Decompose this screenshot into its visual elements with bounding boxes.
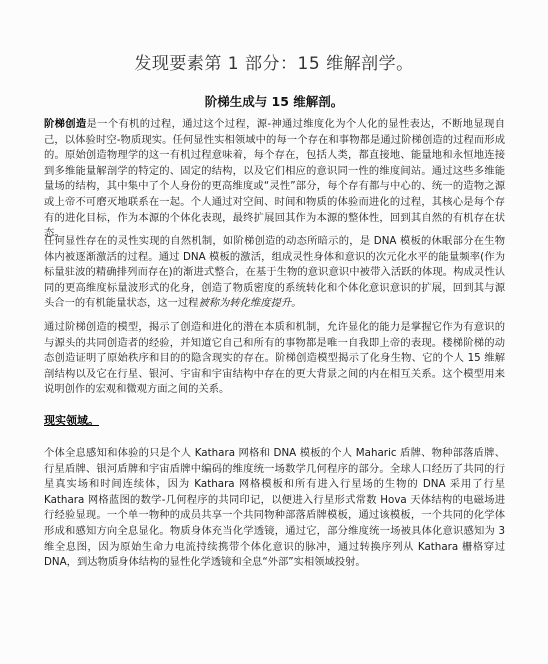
paragraph-4: 个体全息感知和体验的只是个人 Kathara 网格和 DNA 模板的个人 Mah… [44,446,505,571]
paragraph-2: 任何显性存在的灵性实现的自然机制，如阶梯创造的动态所暗示的，是 DNA 模板的休… [44,234,505,312]
paragraph-3: 通过阶梯创造的模型，揭示了创造和进化的潜在本质和机制，允许显化的能力是掌握它作为… [44,320,505,398]
paragraph-lead-term: 阶梯创造 [44,118,87,130]
section-title: 阶梯生成与 15 维解剖。 [0,92,548,110]
subheading-reality-domain: 现实领域。 [44,412,99,428]
paragraph-4-text: 个体全息感知和体验的只是个人 Kathara 网格和 DNA 模板的个人 Mah… [44,447,505,568]
document-page: 发现要素第 1 部分：15 维解剖学。 阶梯生成与 15 维解剖。 阶梯创造是一… [0,0,548,664]
document-title: 发现要素第 1 部分：15 维解剖学。 [0,49,548,74]
paragraph-3-text: 通过阶梯创造的模型，揭示了创造和进化的潜在本质和机制，允许显化的能力是掌握它作为… [44,321,505,395]
paragraph-1: 阶梯创造是一个有机的过程，通过这个过程，源-神通过维度化为个人化的显性表达，不断… [44,117,505,242]
paragraph-1-text: 是一个有机的过程，通过这个过程，源-神通过维度化为个人化的显性表达，不断地显现自… [44,118,505,239]
paragraph-2-italic-term: 被称为转化维度提升。 [198,297,301,309]
